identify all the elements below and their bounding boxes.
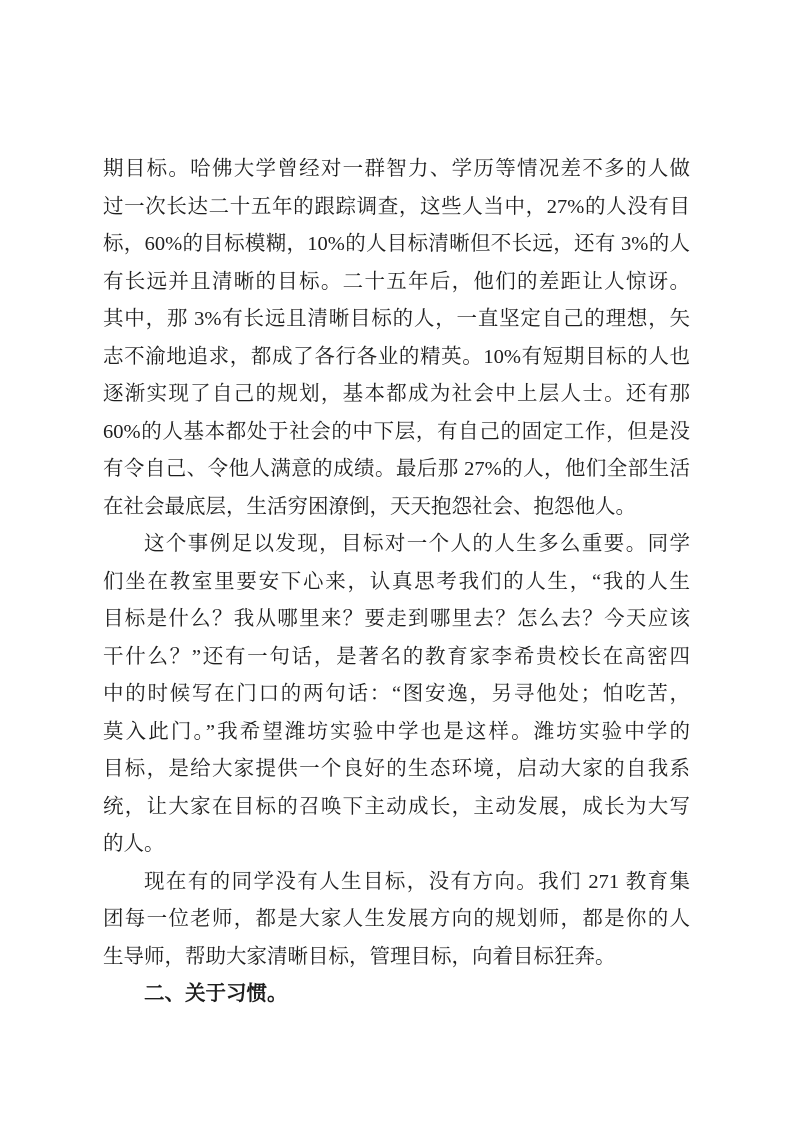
text-line: 二、关于习惯。 xyxy=(103,976,690,1014)
text-line: 标，60%的目标模糊，10%的人目标清晰但不长远，还有 3%的人 xyxy=(103,226,690,264)
text-line: 统，让大家在目标的召唤下主动成长，主动发展，成长为大写 xyxy=(103,789,690,827)
text-line: 志不渝地追求，都成了各行各业的精英。10%有短期目标的人也 xyxy=(103,339,690,377)
text-line: 生导师，帮助大家清晰目标，管理目标，向着目标狂奔。 xyxy=(103,939,690,977)
text-line: 团每一位老师，都是大家人生发展方向的规划师，都是你的人 xyxy=(103,901,690,939)
text-line: 过一次长达二十五年的跟踪调查，这些人当中，27%的人没有目 xyxy=(103,189,690,227)
text-line: 逐渐实现了自己的规划，基本都成为社会中上层人士。还有那 xyxy=(103,376,690,414)
text-line: 的人。 xyxy=(103,826,690,864)
text-line: 现在有的同学没有人生目标，没有方向。我们 271 教育集 xyxy=(103,864,690,902)
text-line: 有长远并且清晰的目标。二十五年后，他们的差距让人惊讶。 xyxy=(103,264,690,302)
text-line: 期目标。哈佛大学曾经对一群智力、学历等情况差不多的人做 xyxy=(103,151,690,189)
text-line: 们坐在教室里要安下心来，认真思考我们的人生，“我的人生 xyxy=(103,564,690,602)
text-line: 中的时候写在门口的两句话：“图安逸，另寻他处；怕吃苦， xyxy=(103,676,690,714)
document-body: 期目标。哈佛大学曾经对一群智力、学历等情况差不多的人做过一次长达二十五年的跟踪调… xyxy=(103,151,690,1014)
text-line: 这个事例足以发现，目标对一个人的人生多么重要。同学 xyxy=(103,526,690,564)
text-line: 在社会最底层，生活穷困潦倒，天天抱怨社会、抱怨他人。 xyxy=(103,489,690,527)
text-line: 目标是什么？我从哪里来？要走到哪里去？怎么去？今天应该 xyxy=(103,601,690,639)
text-line: 有令自己、令他人满意的成绩。最后那 27%的人，他们全部生活 xyxy=(103,451,690,489)
text-line: 干什么？”还有一句话，是著名的教育家李希贵校长在高密四 xyxy=(103,639,690,677)
text-line: 目标，是给大家提供一个良好的生态环境，启动大家的自我系 xyxy=(103,751,690,789)
document-page: 期目标。哈佛大学曾经对一群智力、学历等情况差不多的人做过一次长达二十五年的跟踪调… xyxy=(0,0,793,1122)
paragraph-harvard-goal-study: 期目标。哈佛大学曾经对一群智力、学历等情况差不多的人做过一次长达二十五年的跟踪调… xyxy=(103,151,690,526)
text-line: 莫入此门。”我希望潍坊实验中学也是这样。潍坊实验中学的 xyxy=(103,714,690,752)
section-heading-habits: 二、关于习惯。 xyxy=(103,976,690,1014)
text-line: 60%的人基本都处于社会的中下层，有自己的固定工作，但是没 xyxy=(103,414,690,452)
paragraph-teachers-as-planners: 现在有的同学没有人生目标，没有方向。我们 271 教育集团每一位老师，都是大家人… xyxy=(103,864,690,977)
paragraph-importance-of-goals: 这个事例足以发现，目标对一个人的人生多么重要。同学们坐在教室里要安下心来，认真思… xyxy=(103,526,690,864)
text-line: 其中，那 3%有长远且清晰目标的人，一直坚定自己的理想，矢 xyxy=(103,301,690,339)
